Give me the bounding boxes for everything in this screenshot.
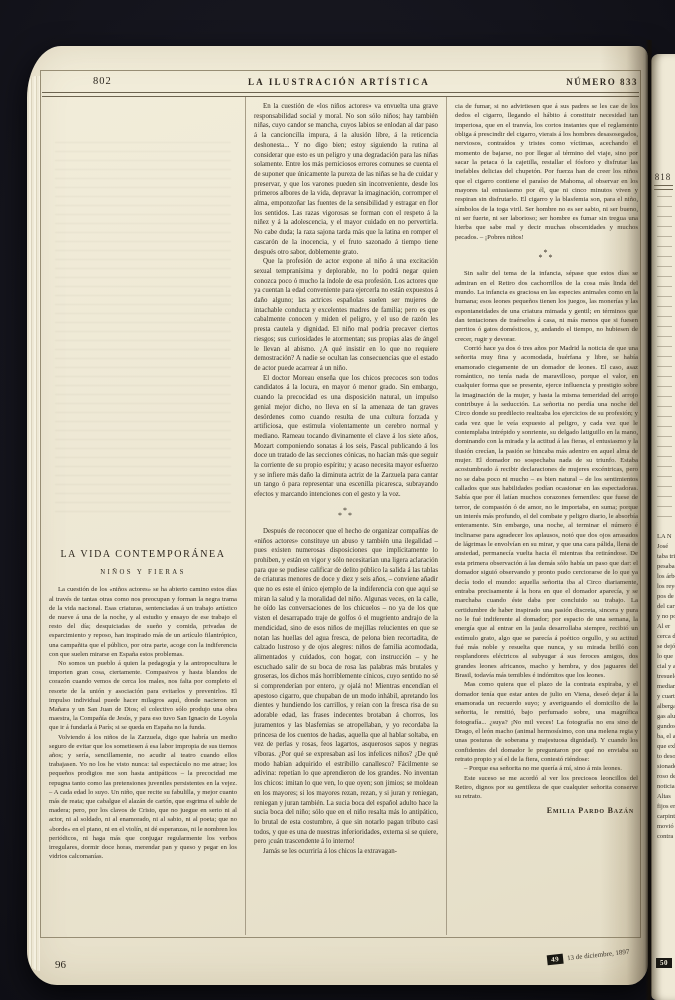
ink-bleed-ghost — [55, 142, 231, 520]
text-fragment: José — [657, 542, 675, 552]
page-number: 802 — [41, 76, 112, 87]
asterism-separator: * * * — [254, 508, 438, 518]
text-fragment: LA N — [657, 532, 675, 542]
facing-issue-badge: 50 — [656, 958, 672, 968]
article-subtitle: NIÑOS Y FIERAS — [49, 568, 237, 577]
text-fragment: gundos; — [657, 722, 675, 732]
page-stack-edge — [29, 76, 40, 971]
masthead: 802 LA ILUSTRACIÓN ARTÍSTICA NÚMERO 833 — [41, 71, 640, 92]
text-fragment: albergal — [657, 702, 675, 712]
text-fragment: lo que f — [657, 652, 675, 662]
text-fragment: Al er — [657, 622, 675, 632]
paragraph: Este suceso se me acordó al ver los prec… — [455, 774, 638, 802]
text-fragment: pos de f — [657, 592, 675, 602]
section-title: LA VIDA CONTEMPORÁNEA — [49, 550, 237, 559]
photo-of-magazine-page: { "colors": { "background": "#14141c", "… — [0, 0, 675, 1000]
text-fragment: que exh — [657, 742, 675, 752]
paragraph: Volviendo á los niños de la Zarzuela, di… — [49, 733, 237, 862]
text-fragment: sionado — [657, 762, 675, 772]
asterism-bottom: * * — [455, 255, 638, 260]
text-fragment: ba, el a — [657, 732, 675, 742]
printed-frame: 802 LA ILUSTRACIÓN ARTÍSTICA NÚMERO 833 … — [40, 70, 641, 938]
text-fragment: carpinte — [657, 812, 675, 822]
text-fragment: los árbo — [657, 572, 675, 582]
text-fragment: del carp — [657, 602, 675, 612]
facing-page-number: 818 — [651, 172, 675, 182]
paragraph: Después de reconocer que el hecho de org… — [254, 527, 438, 847]
author-signature: Emilia Pardo Bazán — [455, 806, 638, 815]
text-fragment: roso de — [657, 772, 675, 782]
blank-area — [49, 102, 237, 550]
text-fragment: contra t — [657, 832, 675, 842]
facing-page-fragments: LA NJosétaba trispesabalos árbolos reyep… — [651, 532, 675, 842]
middle-paragraphs-b: Después de reconocer que el hecho de org… — [254, 527, 438, 857]
issue-badge: 49 — [547, 954, 564, 966]
paragraph: cia de fumar, si no advirtiesen que á su… — [455, 102, 638, 242]
asterism-separator: * * * — [455, 250, 638, 260]
text-fragment: mediana — [657, 682, 675, 692]
paragraph: Corrió hace ya dos ó tres años por Madri… — [455, 344, 638, 680]
paragraph: Jamás se les ocurriría á los chicos la e… — [254, 847, 438, 857]
issue-number: NÚMERO 833 — [566, 77, 640, 87]
magazine-page: 802 LA ILUSTRACIÓN ARTÍSTICA NÚMERO 833 … — [27, 46, 648, 985]
text-fragment: taba tris — [657, 552, 675, 562]
paragraph: En la cuestión de «los niños actores» va… — [254, 102, 438, 257]
paragraph: No somos un pueblo á quien la pedagogía … — [49, 659, 237, 733]
text-columns: LA VIDA CONTEMPORÁNEA NIÑOS Y FIERAS La … — [41, 97, 640, 935]
text-fragment: to desol — [657, 752, 675, 762]
journal-title: LA ILUSTRACIÓN ARTÍSTICA — [248, 77, 430, 87]
left-paragraphs: La cuestión de los «niños actores» se ha… — [49, 585, 237, 861]
text-fragment: se dejó — [657, 642, 675, 652]
text-fragment: noticias — [657, 782, 675, 792]
text-fragment: tresuelo — [657, 672, 675, 682]
paragraph: – Porque esa señorita no me quería á mí,… — [455, 764, 638, 773]
facing-page-blurred-text — [657, 196, 672, 526]
column-middle: En la cuestión de «los niños actores» va… — [246, 97, 447, 935]
asterism-bottom: * * — [254, 513, 438, 518]
paragraph: La cuestión de los «niños actores» se ha… — [49, 585, 237, 659]
footer-issue-info: 49 13 de diciembre, 1897 — [547, 947, 630, 966]
text-fragment: gas alu — [657, 712, 675, 722]
text-fragment: y cuarto — [657, 692, 675, 702]
text-fragment: los reye — [657, 582, 675, 592]
facing-page-rule — [654, 185, 673, 190]
right-paragraphs-b: Sin salir del tema de la infancia, sépas… — [455, 269, 638, 802]
paragraph: El doctor Moreau enseña que los chicos p… — [254, 374, 438, 500]
book-page-number: 96 — [55, 959, 66, 971]
right-paragraphs-a: cia de fumar, si no advirtiesen que á su… — [455, 102, 638, 242]
facing-page-edge: 818 LA NJosétaba trispesabalos árbolos r… — [651, 54, 675, 1000]
paragraph: Sin salir del tema de la infancia, sépas… — [455, 269, 638, 344]
text-fragment: cial y a — [657, 662, 675, 672]
column-right: cia de fumar, si no advirtiesen que á su… — [447, 97, 640, 935]
text-fragment: y no po — [657, 612, 675, 622]
paragraph: Mas como quiera que el plazo de la contr… — [455, 680, 638, 764]
middle-paragraphs-a: En la cuestión de «los niños actores» va… — [254, 102, 438, 500]
issue-date: 13 de diciembre, 1897 — [567, 948, 630, 962]
text-fragment: movió e — [657, 822, 675, 832]
column-left: LA VIDA CONTEMPORÁNEA NIÑOS Y FIERAS La … — [41, 97, 246, 935]
paragraph: Que la profesión de actor expone al niño… — [254, 257, 438, 373]
page-gutter-shadow — [645, 40, 652, 1000]
text-fragment: fijos en — [657, 802, 675, 812]
text-fragment: pesaba — [657, 562, 675, 572]
text-fragment: cerca d — [657, 632, 675, 642]
text-fragment: Altas — [657, 792, 675, 802]
